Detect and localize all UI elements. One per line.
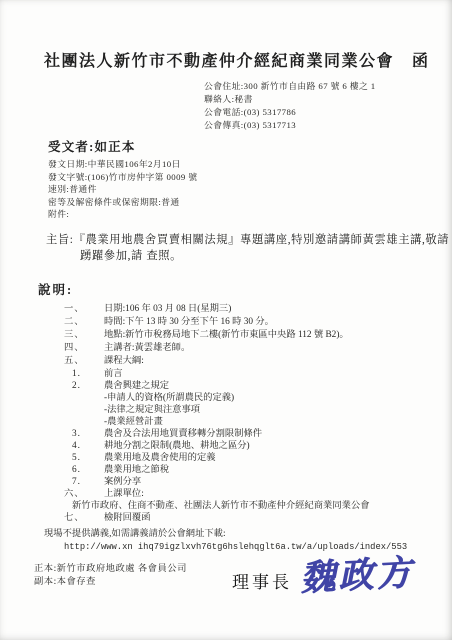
- list-item: 六、 上課單位:: [64, 488, 452, 501]
- signature-block: 理事長 魏政方: [232, 548, 414, 598]
- outline-number: 7.: [72, 476, 104, 488]
- item-text: 課程大綱:: [104, 355, 144, 368]
- outline-number: 2.: [72, 380, 104, 392]
- issue-date-line: 發文日期:中華民國106年2月10日: [48, 158, 452, 171]
- outline-number: 6.: [72, 464, 104, 476]
- item-number: 三、: [64, 329, 104, 342]
- outline-item: 4. 耕地分割之限制(農地、耕地之區分): [64, 440, 452, 452]
- list-item: 一、 日期:106 年 03 月 08 日(星期三): [64, 303, 452, 316]
- outline-text: 農業用地之節稅: [104, 464, 169, 476]
- outline-number: 3.: [72, 428, 104, 440]
- list-item: 五、 課程大綱:: [64, 355, 452, 368]
- item-number: 一、: [64, 303, 104, 316]
- chairman-title: 理事長: [232, 568, 292, 593]
- doc-number-line: 發文字號:(106)竹市房仲字第 0009 號: [48, 171, 452, 184]
- outline-number: 5.: [72, 452, 104, 464]
- outline-item: 7. 案例分享: [64, 476, 452, 488]
- outline-item: 1. 前言: [64, 368, 452, 380]
- association-phone: 公會電話:(03) 5317786: [204, 106, 452, 119]
- item-text: 時間:下午 13 時 30 分至下午 16 時 30 分。: [104, 316, 274, 329]
- attachment-line: 附件:: [48, 208, 452, 221]
- item-text: 日期:106 年 03 月 08 日(星期三): [104, 303, 231, 316]
- outline-number: 4.: [72, 440, 104, 452]
- item-number: 二、: [64, 316, 104, 329]
- list-item: 二、 時間:下午 13 時 30 分至下午 16 時 30 分。: [64, 316, 452, 329]
- item-text: 上課單位:: [104, 488, 144, 501]
- outline-text: 農業用地及農舍使用的定義: [104, 452, 216, 464]
- explanation-list: 一、 日期:106 年 03 月 08 日(星期三) 二、 時間:下午 13 時…: [64, 303, 452, 525]
- association-fax: 公會傳真:(03) 5317713: [204, 119, 452, 132]
- item-text: 地點:新竹市稅務局地下二樓(新竹市東區中央路 112 號 B2)。: [104, 329, 349, 342]
- outline-text: 農舍興建之規定: [104, 380, 169, 392]
- outline-text: 農舍及合法用地買賣移轉分割限制條件: [104, 428, 262, 440]
- document-meta-block: 發文日期:中華民國106年2月10日 發文字號:(106)竹市房仲字第 0009…: [48, 158, 452, 221]
- item-text: 檢附回覆函: [104, 512, 151, 525]
- security-line: 密等及解密條件或保密期限:普通: [48, 196, 452, 209]
- speed-line: 速別:普通件: [48, 183, 452, 196]
- list-item: 四、 主講者:黃雲雄老師。: [64, 342, 452, 355]
- letter-type: 函: [412, 53, 430, 70]
- association-title: 社團法人新竹市不動產仲介經紀商業同業公會: [44, 53, 394, 70]
- outline-number: 1.: [72, 368, 104, 380]
- list-item: 三、 地點:新竹市稅務局地下二樓(新竹市東區中央路 112 號 B2)。: [64, 329, 452, 342]
- outline-item: 5. 農業用地及農舍使用的定義: [64, 452, 452, 464]
- subject-paragraph: 主旨:『農業用地農舍買賣相關法規』專題講座,特別邀請講師黃雲雄主講,敬請踴躍參加…: [46, 232, 450, 265]
- recipient-line: 受文者:如正本: [48, 137, 452, 155]
- letter-title-row: 社團法人新竹市不動產仲介經紀商業同業公會函: [44, 48, 452, 71]
- item-number: 六、: [64, 488, 104, 501]
- outline-text: 案例分享: [104, 476, 141, 488]
- association-contact-block: 公會住址:300 新竹市自由路 67 號 6 樓之 1 聯絡人:秘書 公會電話:…: [204, 80, 452, 132]
- handout-note: 現場不提供講義,如需講義請於公會網址下載:: [44, 528, 452, 540]
- list-item: 七、 檢附回覆函: [64, 512, 452, 525]
- organizer-detail: 新竹市政府、住商不動產、社團法人新竹市不動產仲介經紀商業同業公會: [72, 500, 452, 512]
- outline-text: 耕地分割之限制(農地、耕地之區分): [104, 440, 250, 452]
- subject-text: 『農業用地農舍買賣相關法規』專題講座,特別邀請講師黃雲雄主講,敬請踴躍參加,請 …: [74, 234, 450, 263]
- outline-text: 前言: [104, 368, 123, 380]
- outline-subitem: -申請人的資格(所謂農民的定義): [104, 392, 452, 404]
- association-contact-person: 聯絡人:秘書: [204, 93, 452, 106]
- subject-label: 主旨:: [46, 234, 74, 246]
- scanned-letter-page: 社團法人新竹市不動產仲介經紀商業同業公會函 公會住址:300 新竹市自由路 67…: [0, 0, 452, 640]
- explanation-label: 說明:: [38, 280, 452, 298]
- outline-subitem: -法律之規定與注意事項: [104, 404, 452, 416]
- outline-item: 3. 農舍及合法用地買賣移轉分割限制條件: [64, 428, 452, 440]
- outline-subitem: -農業經營計畫: [104, 416, 452, 428]
- item-number: 七、: [64, 512, 104, 525]
- outline-item: 6. 農業用地之節稅: [64, 464, 452, 476]
- item-number: 四、: [64, 342, 104, 355]
- item-number: 五、: [64, 355, 104, 368]
- outline-item: 2. 農舍興建之規定: [64, 380, 452, 392]
- chairman-signature-stamp: 魏政方: [299, 545, 415, 601]
- association-address: 公會住址:300 新竹市自由路 67 號 6 樓之 1: [204, 80, 452, 93]
- item-text: 主講者:黃雲雄老師。: [104, 342, 190, 355]
